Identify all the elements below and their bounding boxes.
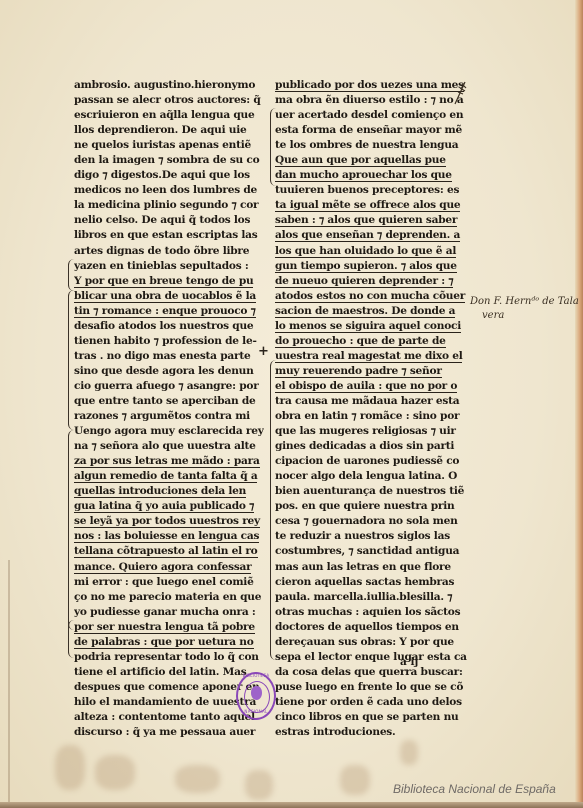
text-line: alos que enseñan ⁊ deprenden. a xyxy=(275,228,467,243)
stamp-top-text: BIBLIOTECA xyxy=(238,673,274,678)
signature-mark: a ij xyxy=(400,656,418,668)
text-line: dan mucho aprouechar los que xyxy=(275,168,467,183)
text-line-content: Que aun que por aquellas pue xyxy=(275,154,446,167)
text-line-content: tra causa me mãdaua hazer esta xyxy=(275,395,459,407)
text-line: tras . no digo mas enesta parte xyxy=(74,349,264,364)
margin-bracket xyxy=(270,360,277,660)
text-line-content: da cosa delas que querra buscar: xyxy=(275,666,463,678)
text-line-content: ço no me parecio materia en que xyxy=(74,591,261,603)
text-line: quellas introduciones dela len xyxy=(74,484,264,499)
text-line: artes dignas de todo õbre libre xyxy=(74,244,264,259)
text-line: na ⁊ señora alo que uuestra alte xyxy=(74,439,264,454)
text-line: podria representar todo lo q̃ con xyxy=(74,650,264,665)
page-fold-line xyxy=(8,560,10,808)
text-line: publicado por dos uezes una mes xyxy=(275,78,467,93)
text-line: sino que desde agora les denun xyxy=(74,364,264,379)
text-line-content: digo ⁊ digestos.De aqui que los xyxy=(74,169,250,181)
text-line: dereçauan sus obras: Y por que xyxy=(275,635,467,650)
text-line: de nueuo quieren deprender : ⁊ xyxy=(275,274,467,289)
text-line: lo menos se siguira aquel conoci xyxy=(275,319,467,334)
crown-crest-icon xyxy=(251,686,262,700)
text-line-content: uuestra real magestat me dixo el xyxy=(275,350,462,363)
text-line-content: de nueuo quieren deprender : ⁊ xyxy=(275,275,453,288)
text-line: ne quelos iuristas apenas entiẽ xyxy=(74,138,264,153)
text-line: obra en latin ⁊ romãce : sino por xyxy=(275,409,467,424)
text-line: los que han oluidado lo que ẽ al xyxy=(275,244,467,259)
text-line-content: el obispo de auila : que no por o xyxy=(275,380,457,393)
text-line-content: ma obra ẽn diuerso estilo : ⁊ no a xyxy=(275,94,463,106)
text-line: bien auenturança de nuestros tiẽ xyxy=(275,484,467,499)
text-line-content: te reduzir a nuestros siglos las xyxy=(275,530,450,542)
text-line-content: den la imagen ⁊ sombra de su co xyxy=(74,154,259,166)
text-line: algun remedio de tanta falta q̃ a xyxy=(74,469,264,484)
text-line-content: los que han oluidado lo que ẽ al xyxy=(275,245,456,258)
text-line-content: te los ombres de nuestra lengua xyxy=(275,139,458,151)
text-line: cesa ⁊ gouernadora no sola men xyxy=(275,514,467,529)
text-line-content: dereçauan sus obras: Y por que xyxy=(275,636,454,648)
text-line: por ser nuestra lengua tã pobre xyxy=(74,620,264,635)
text-line: yazen en tinieblas sepultados : xyxy=(74,259,264,274)
text-line-content: que las mugeres religiosas ⁊ uir xyxy=(275,425,456,437)
text-line: tra causa me mãdaua hazer esta xyxy=(275,394,467,409)
text-line: uer acertado desdel comienço en xyxy=(275,108,467,123)
stamp-bottom-text: NACIONAL xyxy=(238,709,274,714)
handwritten-note-line2: vera xyxy=(482,310,504,321)
text-line: ço no me parecio materia en que xyxy=(74,590,264,605)
text-line: medicos no leen dos lumbres de xyxy=(74,183,264,198)
text-line-content: gines dedicadas a dios sin parti xyxy=(275,440,454,452)
text-line: que las mugeres religiosas ⁊ uir xyxy=(275,424,467,439)
text-line: tienen habito ⁊ profession de le- xyxy=(74,334,264,349)
manicule-mark-icon xyxy=(452,80,468,106)
margin-bracket xyxy=(68,430,75,630)
text-line: llos deprendieron. De aqui uie xyxy=(74,123,264,138)
text-line: da cosa delas que querra buscar: xyxy=(275,665,467,680)
text-line-content: cipacion de uarones pudiessẽ co xyxy=(275,455,459,467)
margin-bracket xyxy=(68,620,75,658)
text-line-content: de palabras : que por uetura no xyxy=(74,636,254,649)
text-line: blicar una obra de uocablos ẽ la xyxy=(74,289,264,304)
text-line: cieron aquellas sactas hembras xyxy=(275,575,467,590)
text-line-content: algun remedio de tanta falta q̃ a xyxy=(74,470,257,483)
text-line-content: tienen habito ⁊ profession de le- xyxy=(74,335,257,347)
text-line-content: pos. en que quiere nuestra prin xyxy=(275,500,454,512)
text-line-content: razones ⁊ argumẽtos contra mi xyxy=(74,410,250,422)
text-line-content: llos deprendieron. De aqui uie xyxy=(74,124,247,136)
text-line-content: mance. Quiero agora confessar xyxy=(74,561,251,574)
margin-bracket xyxy=(68,259,75,291)
text-line: puse luego en frente lo que se cõ xyxy=(275,680,467,695)
text-line: nelio celso. De aqui q̃ todos los xyxy=(74,213,264,228)
text-line: se leyã ya por todos uuestros rey xyxy=(74,514,264,529)
text-line-content: tellana cõtrapuesto al latin el ro xyxy=(74,545,258,558)
cross-mark-icon: + xyxy=(258,344,269,359)
text-line: Y por que en breue tengo de pu xyxy=(74,274,264,289)
text-line: de palabras : que por uetura no xyxy=(74,635,264,650)
text-line-content: doctores de aquellos tiempos en xyxy=(275,621,459,633)
text-line: alteza : contentome tanto aquel xyxy=(74,710,264,725)
text-line-content: yazen en tinieblas sepultados : xyxy=(74,260,249,272)
text-line-content: lo menos se siguira aquel conoci xyxy=(275,320,461,333)
text-line: atodos estos no con mucha cõuer xyxy=(275,289,467,304)
text-line: escriuieron en aq̃lla lengua que xyxy=(74,108,264,123)
text-line-content: libros en que estan escriptas las xyxy=(74,229,257,241)
stain xyxy=(95,755,135,790)
text-line: cio guerra afuego ⁊ asangre: por xyxy=(74,379,264,394)
text-line-content: muy reuerendo padre ⁊ señor xyxy=(275,365,442,378)
text-line-content: alteza : contentome tanto aquel xyxy=(74,711,255,723)
text-line: nos : las boluiesse en lengua cas xyxy=(74,529,264,544)
text-line: do prouecho : que de parte de xyxy=(275,334,467,349)
text-line: te reduzir a nuestros siglos las xyxy=(275,529,467,544)
text-line-content: puse luego en frente lo que se cõ xyxy=(275,681,463,693)
text-line-content: uer acertado desdel comienço en xyxy=(275,109,463,121)
text-line-content: que entre tanto se aperciban de xyxy=(74,395,256,407)
text-line-content: la medicina plinio segundo ⁊ cor xyxy=(74,199,258,211)
text-line: tellana cõtrapuesto al latin el ro xyxy=(74,544,264,559)
text-line: esta forma de enseñar mayor mẽ xyxy=(275,123,467,138)
text-line-content: nocer algo dela lengua latina. O xyxy=(275,470,457,482)
stain xyxy=(175,765,220,793)
text-line-content: cio guerra afuego ⁊ asangre: por xyxy=(74,380,259,392)
text-line: passan se alecr otros auctores: q̃ xyxy=(74,93,264,108)
text-line-content: alos que enseñan ⁊ deprenden. a xyxy=(275,229,460,242)
text-line: tuuieren buenos preceptores: es xyxy=(275,183,467,198)
text-column-right: publicado por dos uezes una mesma obra ẽ… xyxy=(275,78,467,740)
stain xyxy=(340,765,370,795)
text-line-content: do prouecho : que de parte de xyxy=(275,335,446,348)
library-watermark: Biblioteca Nacional de España xyxy=(393,782,556,796)
text-line-content: na ⁊ señora alo que uuestra alte xyxy=(74,440,256,452)
text-line: ta igual mẽte se offrece alos que xyxy=(275,198,467,213)
text-line: pos. en que quiere nuestra prin xyxy=(275,499,467,514)
text-line-content: ta igual mẽte se offrece alos que xyxy=(275,199,460,212)
text-line-content: otras muchas : aquien los sãctos xyxy=(275,606,460,618)
page-bottom-edge xyxy=(0,802,583,808)
text-line-content: costumbres, ⁊ sanctidad antigua xyxy=(275,545,459,557)
text-line: ma obra ẽn diuerso estilo : ⁊ no a xyxy=(275,93,467,108)
text-line: za por sus letras me mãdo : para xyxy=(74,454,264,469)
text-column-left: ambrosio. augustino.hieronymopassan se a… xyxy=(74,78,264,740)
text-line-content: desafio atodos los nuestros que xyxy=(74,320,253,332)
text-line: den la imagen ⁊ sombra de su co xyxy=(74,153,264,168)
text-line-content: sepa el lector enque lugar esta ca xyxy=(275,651,467,663)
text-line: ambrosio. augustino.hieronymo xyxy=(74,78,264,93)
text-line: cinco libros en que se parten nu xyxy=(275,710,467,725)
text-line-content: paula. marcella.iullia.blesilla. ⁊ xyxy=(275,591,452,603)
text-line: mance. Quiero agora confessar xyxy=(74,560,264,575)
text-line: tiene por orden ẽ cada uno delos xyxy=(275,695,467,710)
text-line: digo ⁊ digestos.De aqui que los xyxy=(74,168,264,183)
text-line: paula. marcella.iullia.blesilla. ⁊ xyxy=(275,590,467,605)
margin-bracket xyxy=(68,290,75,430)
text-line-content: ambrosio. augustino.hieronymo xyxy=(74,79,255,91)
text-line-content: quellas introduciones dela len xyxy=(74,485,246,498)
text-line: discurso : q̃ ya me pessaua auer xyxy=(74,725,264,740)
text-line-content: esta forma de enseñar mayor mẽ xyxy=(275,124,462,136)
text-line: otras muchas : aquien los sãctos xyxy=(275,605,467,620)
text-line-content: escriuieron en aq̃lla lengua que xyxy=(74,109,255,121)
text-line-content: yo pudiesse ganar mucha onra : xyxy=(74,606,256,618)
text-line-content: cinco libros en que se parten nu xyxy=(275,711,458,723)
text-line-content: sino que desde agora les denun xyxy=(74,365,254,377)
text-line-content: discurso : q̃ ya me pessaua auer xyxy=(74,726,255,738)
text-line: mas aun las letras en que flore xyxy=(275,560,467,575)
text-line: cipacion de uarones pudiessẽ co xyxy=(275,454,467,469)
text-line-content: gua latina q̃ yo auia publicado ⁊ xyxy=(74,500,254,513)
text-line-content: saben : ⁊ alos que quieren saber xyxy=(275,214,457,227)
text-line-content: cesa ⁊ gouernadora no sola men xyxy=(275,515,458,527)
text-line-content: tin ⁊ romance : enque prouoco ⁊ xyxy=(74,305,256,318)
handwritten-note: Don F. Hernᵈᵒ de Tala xyxy=(470,296,579,307)
text-line: libros en que estan escriptas las xyxy=(74,228,264,243)
text-line-content: medicos no leen dos lumbres de xyxy=(74,184,257,196)
library-stamp: BIBLIOTECA NACIONAL xyxy=(236,672,276,720)
text-line-content: mas aun las letras en que flore xyxy=(275,561,451,573)
text-line: saben : ⁊ alos que quieren saber xyxy=(275,213,467,228)
text-line: que entre tanto se aperciban de xyxy=(74,394,264,409)
text-line: doctores de aquellos tiempos en xyxy=(275,620,467,635)
text-line: nocer algo dela lengua latina. O xyxy=(275,469,467,484)
text-line: gua latina q̃ yo auia publicado ⁊ xyxy=(74,499,264,514)
text-line-content: estras introduciones. xyxy=(275,726,395,738)
stain xyxy=(400,740,418,765)
text-line: el obispo de auila : que no por o xyxy=(275,379,467,394)
text-line: uuestra real magestat me dixo el xyxy=(275,349,467,364)
text-line-content: za por sus letras me mãdo : para xyxy=(74,455,260,468)
text-line: costumbres, ⁊ sanctidad antigua xyxy=(275,544,467,559)
text-line: tiene el artificio del latin. Mas xyxy=(74,665,264,680)
text-line-content: obra en latin ⁊ romãce : sino por xyxy=(275,410,459,422)
text-line-content: sacion de maestros. De donde a xyxy=(275,305,455,318)
text-line-content: se leyã ya por todos uuestros rey xyxy=(74,515,260,528)
manuscript-page: ambrosio. augustino.hieronymopassan se a… xyxy=(0,0,583,808)
text-line-content: tras . no digo mas enesta parte xyxy=(74,350,250,362)
text-line: Uengo agora muy esclarecida rey xyxy=(74,424,264,439)
text-line-content: Y por que en breue tengo de pu xyxy=(74,275,253,288)
text-line-content: hilo el mandamiento de uuestra xyxy=(74,696,256,708)
text-line: muy reuerendo padre ⁊ señor xyxy=(275,364,467,379)
text-line-content: artes dignas de todo õbre libre xyxy=(74,245,249,257)
text-line: la medicina plinio segundo ⁊ cor xyxy=(74,198,264,213)
text-line-content: bien auenturança de nuestros tiẽ xyxy=(275,485,464,497)
text-line-content: tuuieren buenos preceptores: es xyxy=(275,184,459,196)
text-line: sacion de maestros. De donde a xyxy=(275,304,467,319)
text-line-content: por ser nuestra lengua tã pobre xyxy=(74,621,255,634)
text-line-content: atodos estos no con mucha cõuer xyxy=(275,290,465,303)
text-line: te los ombres de nuestra lengua xyxy=(275,138,467,153)
text-line-content: Uengo agora muy esclarecida rey xyxy=(74,425,264,437)
stain xyxy=(55,745,85,790)
text-line: estras introduciones. xyxy=(275,725,467,740)
text-line: gun tiempo supieron. ⁊ alos que xyxy=(275,259,467,274)
text-line: mi error : que luego enel comiẽ xyxy=(74,575,264,590)
text-line-content: tiene el artificio del latin. Mas xyxy=(74,666,246,678)
text-line-content: tiene por orden ẽ cada uno delos xyxy=(275,696,462,708)
text-line: Que aun que por aquellas pue xyxy=(275,153,467,168)
text-line-content: nelio celso. De aqui q̃ todos los xyxy=(74,214,250,226)
page-right-edge xyxy=(575,0,583,808)
text-line-content: blicar una obra de uocablos ẽ la xyxy=(74,290,256,303)
stain xyxy=(245,770,273,800)
text-line-content: mi error : que luego enel comiẽ xyxy=(74,576,254,588)
text-line: sepa el lector enque lugar esta ca xyxy=(275,650,467,665)
text-line-content: gun tiempo supieron. ⁊ alos que xyxy=(275,260,457,273)
text-line-content: ne quelos iuristas apenas entiẽ xyxy=(74,139,251,151)
text-line-content: dan mucho aprouechar los que xyxy=(275,169,452,182)
text-line: yo pudiesse ganar mucha onra : xyxy=(74,605,264,620)
text-line: desafio atodos los nuestros que xyxy=(74,319,264,334)
text-line-content: nos : las boluiesse en lengua cas xyxy=(74,530,259,543)
text-line-content: despues que comence aponer en xyxy=(74,681,259,693)
text-line-content: podria representar todo lo q̃ con xyxy=(74,651,259,663)
text-line-content: publicado por dos uezes una mes xyxy=(275,79,464,92)
margin-bracket xyxy=(270,108,277,186)
text-line-content: passan se alecr otros auctores: q̃ xyxy=(74,94,260,106)
text-line: gines dedicadas a dios sin parti xyxy=(275,439,467,454)
text-line: tin ⁊ romance : enque prouoco ⁊ xyxy=(74,304,264,319)
text-line-content: cieron aquellas sactas hembras xyxy=(275,576,454,588)
text-line: razones ⁊ argumẽtos contra mi xyxy=(74,409,264,424)
